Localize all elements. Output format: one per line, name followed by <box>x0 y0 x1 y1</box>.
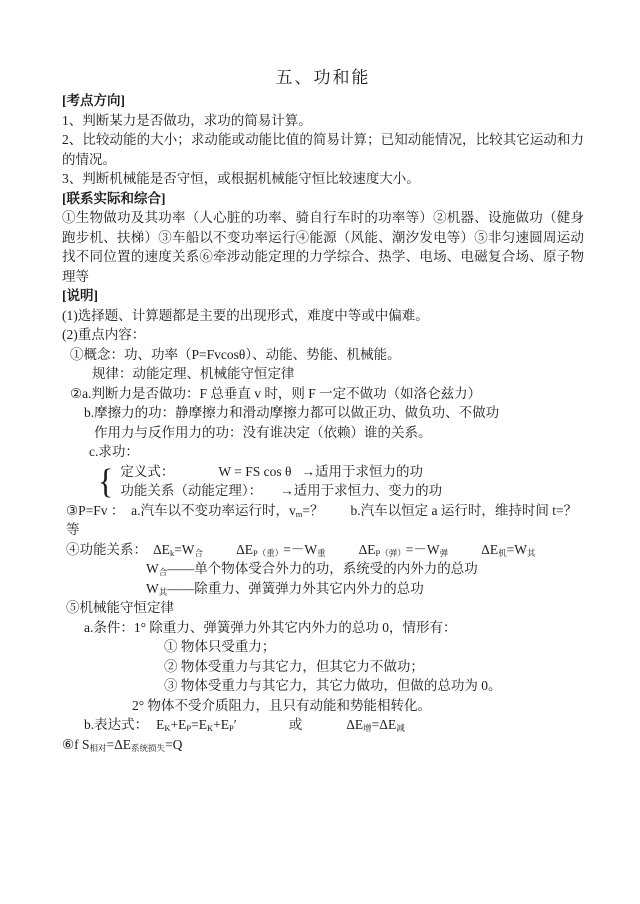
reaction-work-line: 作用力与反作用力的功：没有谁决定（依赖）谁的关系。 <box>62 423 584 443</box>
friction-work-line: b.摩擦力的功：静摩擦力和滑动摩擦力都可以做正功、做负功、不做功 <box>62 403 584 423</box>
rule-line: 规律：动能定理、机械能守恒定律 <box>62 364 584 384</box>
formula-gravity-pe: ΔEP（重）=－W重 <box>236 540 326 560</box>
condition-case-1: ① 物体只受重力； <box>62 637 584 657</box>
heading-notes: [说明] <box>62 286 584 306</box>
work-methods-brace-group: { 定义式：W = FS cos θ→适用于求恒力的功 功能关系（动能定理）：→… <box>62 462 584 501</box>
relation-note: →适用于求恒力、变力的功 <box>280 483 442 498</box>
definition-row: 定义式：W = FS cos θ→适用于求恒力的功 <box>120 462 442 482</box>
definition-formula: W = FS cos θ <box>218 464 291 479</box>
power-velocity-line: ③P=Fv ： a.汽车以不变功率运行时，vm=？ b.汽车以恒定 a 运行时，… <box>62 501 584 540</box>
condition-2deg-line: 2° 物体不受介质阻力，且只有动能和势能相转化。 <box>62 696 584 716</box>
expression-formula-1: EK+EP=EK+EP′ <box>156 715 237 735</box>
exam-item-1: 1、判断某力是否做功，求功的简易计算。 <box>62 111 584 131</box>
document-page: 五、功和能 [考点方向] 1、判断某力是否做功，求功的简易计算。 2、比较动能的… <box>0 0 640 754</box>
concept-line: ①概念：功、功率（P=Fvcosθ）、动能、势能、机械能。 <box>62 345 584 365</box>
judge-work-line: ②a.判断力是否做功：F 总垂直 v 时，则 F 一定不做功（如洛仑兹力） <box>62 384 584 404</box>
heading-practical: [联系实际和综合] <box>62 189 584 209</box>
relation-label: 功能关系（动能定理）： <box>120 483 262 498</box>
energy-work-label: ④功能关系： <box>66 540 147 560</box>
note-key-content-label: (2)重点内容： <box>62 325 584 345</box>
w-other-definition-line: W其——除重力、弹簧弹力外其它内外力的总功 <box>62 579 584 599</box>
formula-spring-pe: ΔEP（弹）=－W弹 <box>359 540 449 560</box>
definition-label: 定义式： <box>120 464 174 479</box>
exam-item-2: 2、比较动能的大小；求动能或动能比值的简易计算；已知动能情况，比较其它运动和力的… <box>62 130 584 169</box>
conservation-law-line: ⑤机械能守恒定律 <box>62 598 584 618</box>
work-methods-lines: 定义式：W = FS cos θ→适用于求恒力的功 功能关系（动能定理）：→适用… <box>120 462 442 501</box>
expression-formula-2: ΔE增=ΔE减 <box>346 715 405 735</box>
friction-heat-line: ⑥f S相对=ΔE系统损失=Q <box>62 735 584 755</box>
exam-item-3: 3、判断机械能是否守恒，或根据机械能守恒比较速度大小。 <box>62 169 584 189</box>
page-title: 五、功和能 <box>62 66 584 89</box>
condition-label-line: a.条件：1° 除重力、弹簧弹力外其它内外力的总功 0，情形有： <box>62 618 584 638</box>
definition-note: →适用于求恒力的功 <box>301 464 423 479</box>
formula-mechanical-energy: ΔE机=W其 <box>481 540 535 560</box>
note-question-forms: (1)选择题、计算题都是主要的出现形式，难度中等或中偏难。 <box>62 306 584 326</box>
or-text: 或 <box>289 715 303 735</box>
find-work-label: c.求功： <box>62 442 584 462</box>
practical-body: ①生物做功及其功率（人心脏的功率、骑自行车时的功率等）②机器、设施做功（健身跑步… <box>62 208 584 286</box>
relation-row: 功能关系（动能定理）：→适用于求恒力、变力的功 <box>120 481 442 501</box>
heading-exam-scope: [考点方向] <box>62 91 584 111</box>
expression-label: b.表达式： <box>84 715 148 735</box>
condition-case-2: ② 物体受重力与其它力，但其它力不做功； <box>62 657 584 677</box>
w-total-definition-line: W合——单个物体受合外力的功，系统受的内外力的总功 <box>62 559 584 579</box>
condition-case-3: ③ 物体受重力与其它力，其它力做功，但做的总功为 0。 <box>62 676 584 696</box>
energy-work-relation-row: ④功能关系： ΔEk=W合 ΔEP（重）=－W重 ΔEP（弹）=－W弹 ΔE机=… <box>62 540 584 560</box>
expression-row: b.表达式： EK+EP=EK+EP′ 或 ΔE增=ΔE减 <box>62 715 584 735</box>
formula-kinetic-energy: ΔEk=W合 <box>153 540 203 560</box>
left-brace: { <box>98 460 113 503</box>
